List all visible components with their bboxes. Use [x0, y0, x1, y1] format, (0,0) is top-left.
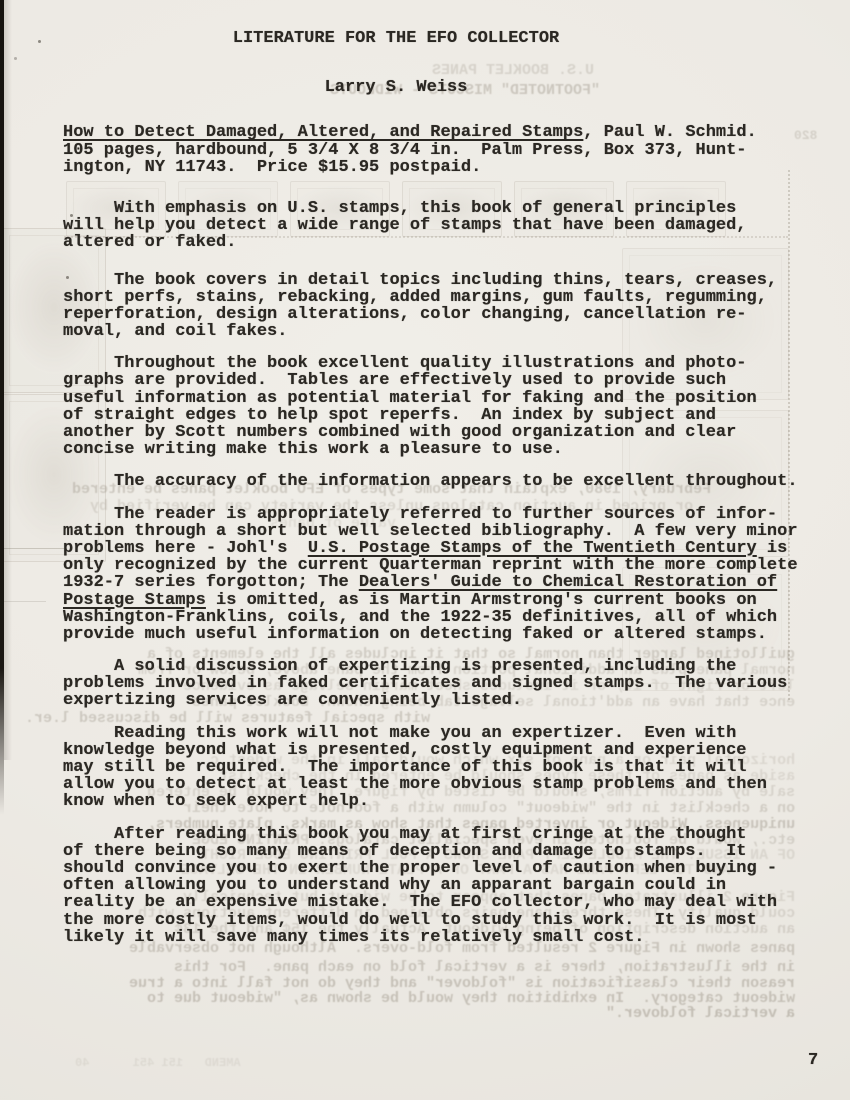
document-body: How to Detect Damaged, Altered, and Repa… — [63, 124, 815, 946]
text-line: mation through a short but well selected… — [63, 523, 815, 540]
text-line: short perfs, stains, rebacking, added ma… — [63, 289, 815, 306]
paragraph: The book covers in detail topics includi… — [63, 272, 815, 341]
text-line: graphs are provided. Tables are effectiv… — [63, 372, 815, 389]
bleedthrough-text: in the illustration, there is a vertical… — [174, 960, 795, 975]
scanned-document-page: U.S. BOOKLET PANES"FOOTNOTED" MISCUTS - … — [0, 0, 850, 1100]
bleedthrough-text: reason their classification is "foldover… — [129, 976, 795, 991]
bleedthrough-text: AMEND 151 451 40 — [75, 1056, 241, 1071]
text-line: The accuracy of the information appears … — [63, 473, 815, 490]
text-line: reality be an expensive mistake. The EFO… — [63, 894, 815, 911]
paragraph: How to Detect Damaged, Altered, and Repa… — [63, 124, 815, 176]
scan-edge-shadow — [4, 0, 12, 760]
bleedthrough-text: a vertical foldover." — [606, 1006, 795, 1021]
page-number: 7 — [808, 1051, 818, 1070]
text-line: Postage Stamps is omitted, as is Martin … — [63, 592, 815, 609]
bleedthrough-text: wideout category. In exhibition they wou… — [147, 991, 795, 1006]
page-title: LITERATURE FOR THE EFO COLLECTOR — [20, 30, 772, 47]
text-line: 1932-7 series forgotton; The Dealers' Gu… — [63, 574, 815, 591]
text-line: only recognized by the current Quarterma… — [63, 557, 815, 574]
text-line: problems involved in faked certificates … — [63, 675, 815, 692]
text-line: likely it will save many times its relat… — [63, 929, 815, 946]
paragraph: The accuracy of the information appears … — [63, 473, 815, 490]
text-line: useful information as potential material… — [63, 390, 815, 407]
author-byline: Larry S. Weiss — [20, 79, 772, 96]
text-line: Washington-Franklins, coils, and the 192… — [63, 609, 815, 626]
text-line: Reading this work will not make you an e… — [63, 725, 815, 742]
text-line: 105 pages, hardbound, 5 3/4 X 8 3/4 in. … — [63, 142, 815, 159]
text-line: reperforation, design alterations, color… — [63, 306, 815, 323]
text-line: The book covers in detail topics includi… — [63, 272, 815, 289]
text-line: concise writing make this work a pleasur… — [63, 441, 815, 458]
text-line: With emphasis on U.S. stamps, this book … — [63, 200, 815, 217]
paragraph: With emphasis on U.S. stamps, this book … — [63, 200, 815, 252]
text-line: After reading this book you may at first… — [63, 826, 815, 843]
paragraph: Throughout the book excellent quality il… — [63, 355, 815, 458]
text-line: A solid discussion of expertizing is pre… — [63, 658, 815, 675]
paragraph: After reading this book you may at first… — [63, 826, 815, 946]
text-line: the more costly items, would do well to … — [63, 912, 815, 929]
text-line: another by Scott numbers combined with g… — [63, 424, 815, 441]
text-line: How to Detect Damaged, Altered, and Repa… — [63, 124, 815, 141]
text-line: often allowing you to understand why an … — [63, 877, 815, 894]
text-line: of there being so many means of deceptio… — [63, 843, 815, 860]
text-line: know when to seek expert help. — [63, 793, 815, 810]
text-line: ington, NY 11743. Price $15.95 postpaid. — [63, 159, 815, 176]
text-line: knowledge beyond what is presented, cost… — [63, 742, 815, 759]
text-line: will help you detect a wide range of sta… — [63, 217, 815, 234]
text-line: allow you to detect at least the more ob… — [63, 776, 815, 793]
text-line: expertizing services are conveniently li… — [63, 692, 815, 709]
text-line: Throughout the book excellent quality il… — [63, 355, 815, 372]
text-line: altered or faked. — [63, 234, 815, 251]
text-line: should convince you to exert the proper … — [63, 860, 815, 877]
text-line: moval, and coil fakes. — [63, 323, 815, 340]
paragraph: A solid discussion of expertizing is pre… — [63, 658, 815, 710]
text-line: may still be required. The importance of… — [63, 759, 815, 776]
paragraph: Reading this work will not make you an e… — [63, 725, 815, 811]
text-line: of straight edges to help spot reperfs. … — [63, 407, 815, 424]
document-content: LITERATURE FOR THE EFO COLLECTOR Larry S… — [63, 30, 815, 961]
ink-speck — [14, 57, 17, 60]
text-line: provide much useful information on detec… — [63, 626, 815, 643]
text-line: problems here - Johl's U.S. Postage Stam… — [63, 540, 815, 557]
text-line: The reader is appropriately referred to … — [63, 506, 815, 523]
paragraph: The reader is appropriately referred to … — [63, 506, 815, 644]
